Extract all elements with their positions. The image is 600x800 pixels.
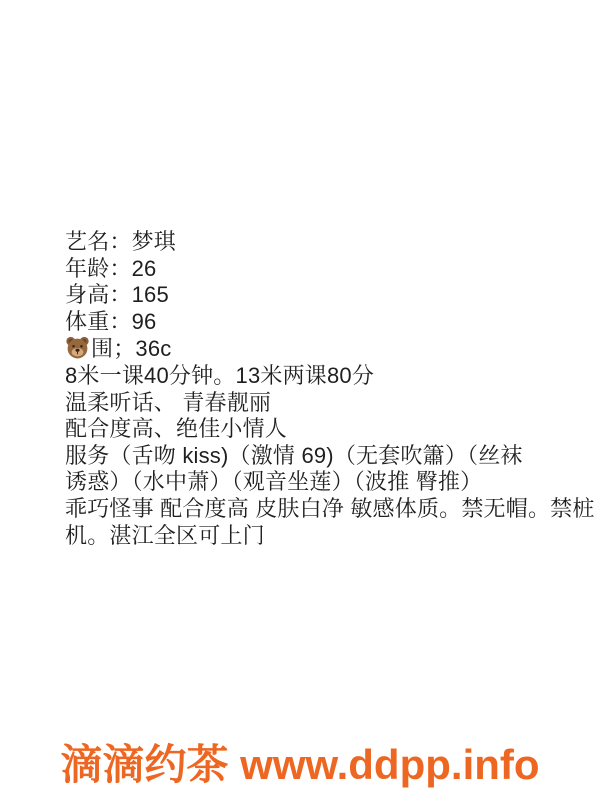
line-text: 年龄：26 [65, 256, 156, 281]
line-text: 8米一课40分钟。13米两课80分 [65, 363, 374, 388]
text-line-age: 年龄：26 [65, 256, 595, 283]
text-line-notes-1: 乖巧怪事 配合度高 皮肤白净 敏感体质。禁无帽。禁桩 [65, 496, 595, 523]
line-text: 诱惑）（水中萧）（观音坐莲）（波推 臀推） [65, 469, 482, 494]
watermark-site-name: 滴滴约茶 [60, 741, 228, 788]
line-text: 机。湛江全区可上门 [65, 523, 265, 548]
text-line-personality: 温柔听话、 青春靓丽 [65, 390, 595, 417]
line-text: 温柔听话、 青春靓丽 [65, 390, 271, 415]
line-text: 服务（舌吻 kiss)（激情 69)（无套吹簫）（丝袜 [65, 443, 523, 468]
watermark-footer: 滴滴约茶 www.ddpp.info [0, 740, 600, 790]
watermark-site-url: www.ddpp.info [240, 741, 539, 788]
line-text: 艺名：梦琪 [65, 229, 176, 254]
text-line-notes-2: 机。湛江全区可上门 [65, 523, 595, 550]
profile-text-block: 艺名：梦琪 年龄：26 身高：165 体重：96 围；36c 8米一课40分钟。… [65, 229, 595, 549]
line-text: 围；36c [91, 336, 171, 361]
text-line-height: 身高：165 [65, 282, 595, 309]
text-line-stage-name: 艺名：梦琪 [65, 229, 595, 256]
line-text: 体重：96 [65, 309, 156, 334]
bear-face-icon [65, 335, 90, 360]
text-line-cooperation: 配合度高、绝佳小情人 [65, 416, 595, 443]
text-line-bust: 围；36c [65, 335, 595, 363]
line-text: 乖巧怪事 配合度高 皮肤白净 敏感体质。禁无帽。禁桩 [65, 496, 595, 521]
text-line-services-2: 诱惑）（水中萧）（观音坐莲）（波推 臀推） [65, 469, 595, 496]
text-line-weight: 体重：96 [65, 309, 595, 336]
text-line-pricing: 8米一课40分钟。13米两课80分 [65, 363, 595, 390]
line-text: 身高：165 [65, 282, 169, 307]
line-text: 配合度高、绝佳小情人 [65, 416, 287, 441]
text-line-services-1: 服务（舌吻 kiss)（激情 69)（无套吹簫）（丝袜 [65, 443, 595, 470]
